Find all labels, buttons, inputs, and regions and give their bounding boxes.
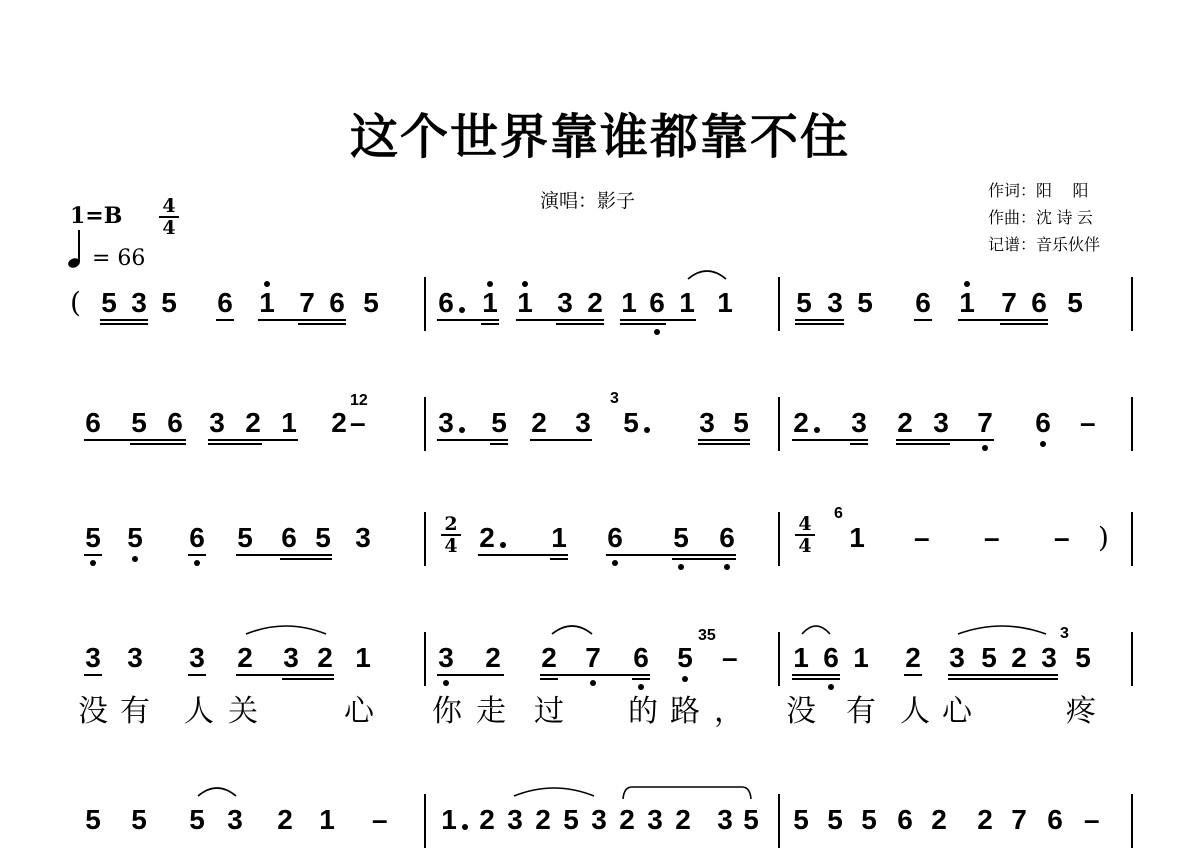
note: 3 [932, 409, 950, 437]
note: 5 [676, 644, 694, 672]
barline [424, 632, 426, 686]
low-octave-dot [90, 560, 96, 566]
note: 6 [84, 409, 102, 437]
barline [1131, 794, 1133, 848]
note: 6 [1046, 806, 1064, 834]
credits-block: 作词：阳 阳 作曲：沈 诗 云 记谱：音乐伙伴 [988, 178, 1100, 259]
underline-beam [236, 674, 334, 676]
slur-arc [552, 622, 592, 636]
underline-beam [236, 554, 332, 556]
barline [778, 512, 780, 566]
note: 5 [622, 409, 640, 437]
note: 2 [930, 806, 948, 834]
lyric-character: 有 [120, 696, 150, 728]
note: 2 [976, 806, 994, 834]
underline-beam [698, 443, 750, 445]
note: 5 [314, 524, 332, 552]
note: 3 [948, 644, 966, 672]
barline [778, 794, 780, 848]
extension-dash: – [1054, 524, 1070, 552]
underline-beam [606, 554, 736, 556]
note: 5 [84, 524, 102, 552]
underline-beam [620, 323, 666, 325]
lyric-character: 关 [228, 696, 258, 728]
time-signature-bottom: 4 [798, 535, 811, 557]
low-octave-dot [1040, 441, 1046, 447]
note: 1 [792, 644, 810, 672]
key-signature: 1=B [70, 203, 122, 229]
note: 1 [852, 644, 870, 672]
note: 3 [698, 409, 716, 437]
slur-arc [198, 784, 236, 798]
underline-beam [632, 678, 650, 680]
note: 1 [481, 289, 499, 317]
note: 6 [914, 289, 932, 317]
time-signature-top: 2 [444, 513, 457, 535]
note: 6 [648, 289, 666, 317]
note: 5 [860, 806, 878, 834]
note: 2 [316, 644, 334, 672]
note: 2 [896, 409, 914, 437]
note: 6 [166, 409, 184, 437]
underline-beam [896, 443, 950, 445]
note: 2 [330, 409, 348, 437]
underline-beam [188, 554, 206, 556]
underline-beam [672, 558, 736, 560]
underline-beam [490, 443, 508, 445]
note: 5 [795, 289, 813, 317]
note: 5 [742, 806, 760, 834]
transcriber-credit: 记谱：音乐伙伴 [988, 232, 1100, 259]
underline-beam [84, 674, 102, 676]
song-title: 这个世界靠谁都靠不住 [0, 98, 1200, 167]
note: 5 [130, 806, 148, 834]
note: 5 [84, 806, 102, 834]
low-octave-dot [678, 564, 684, 570]
note: 2 [540, 644, 558, 672]
high-octave-dot [964, 281, 970, 287]
open-parenthesis: ( [70, 289, 81, 317]
note: 1 [516, 289, 534, 317]
lyric-character: 过 [534, 696, 564, 728]
underline-beam [478, 554, 568, 556]
underline-beam [948, 678, 1058, 680]
note: 7 [298, 289, 316, 317]
augmentation-dot [500, 542, 506, 548]
note: 6 [1034, 409, 1052, 437]
extension-dash: – [984, 524, 1000, 552]
underline-beam [216, 319, 234, 321]
time-signature-change: 44 [794, 514, 816, 556]
note: 5 [490, 409, 508, 437]
note: 2 [534, 806, 552, 834]
underline-beam [530, 439, 592, 441]
underline-beam [437, 439, 508, 441]
extension-dash: – [1080, 409, 1096, 437]
note: 7 [976, 409, 994, 437]
note: 3 [574, 409, 592, 437]
note: 2 [904, 644, 922, 672]
augmentation-dot [644, 427, 650, 433]
low-octave-dot [982, 445, 988, 451]
high-octave-dot [522, 281, 528, 287]
lyric-character: 走 [476, 696, 506, 728]
note: 3 [506, 806, 524, 834]
barline [1131, 512, 1133, 566]
augmentation-dot [459, 307, 465, 313]
grace-note: 3 [1060, 626, 1069, 642]
phrase-bracket [622, 784, 752, 800]
underline-beam [914, 319, 932, 321]
note: 6 [896, 806, 914, 834]
note: 2 [244, 409, 262, 437]
underline-beam [481, 323, 499, 325]
tempo-marking: = 66 [92, 246, 145, 271]
note: 6 [1030, 289, 1048, 317]
lyric-character: 路 [670, 696, 700, 728]
note: 3 [556, 289, 574, 317]
high-octave-dot [264, 281, 270, 287]
note: 6 [718, 524, 736, 552]
augmentation-dot [459, 427, 465, 433]
lyric-character: 疼 [1066, 696, 1096, 728]
note: 6 [606, 524, 624, 552]
note: 1 [354, 644, 372, 672]
note: 2 [484, 644, 502, 672]
note: 6 [188, 524, 206, 552]
note: 1 [550, 524, 568, 552]
underline-beam [84, 554, 102, 556]
note: 5 [130, 409, 148, 437]
lyric-character: 人 [184, 696, 214, 728]
underline-beam [540, 674, 650, 676]
note: 5 [1066, 289, 1084, 317]
underline-beam [795, 319, 844, 321]
note: 6 [437, 289, 455, 317]
time-signature: 4 4 [158, 196, 180, 238]
barline [424, 277, 426, 331]
barline [424, 512, 426, 566]
note: 5 [562, 806, 580, 834]
underline-beam [540, 678, 558, 680]
note: 3 [208, 409, 226, 437]
quarter-note-icon [66, 228, 84, 270]
note: 2 [586, 289, 604, 317]
note: 5 [188, 806, 206, 834]
note: 7 [1000, 289, 1018, 317]
underline-beam [130, 443, 186, 445]
extension-dash: – [914, 524, 930, 552]
composer-credit: 作曲：沈 诗 云 [988, 205, 1100, 232]
note: 2 [478, 806, 496, 834]
lyric-character: 没 [78, 696, 108, 728]
augmentation-dot [462, 824, 468, 830]
lyric-character: 有 [846, 696, 876, 728]
underline-beam [280, 558, 332, 560]
note: 3 [126, 644, 144, 672]
underline-beam [437, 674, 504, 676]
underline-beam [958, 319, 1048, 321]
slur-arc [958, 622, 1046, 636]
low-octave-dot [654, 329, 660, 335]
underline-beam [698, 439, 750, 441]
note: 3 [826, 289, 844, 317]
underline-beam [282, 678, 334, 680]
low-octave-dot [724, 564, 730, 570]
lyric-character: 没 [786, 696, 816, 728]
slur-arc [688, 267, 726, 281]
underline-beam [550, 558, 568, 560]
low-octave-dot [194, 560, 200, 566]
note: 3 [282, 644, 300, 672]
note: 5 [672, 524, 690, 552]
grace-note: 35 [698, 628, 716, 644]
low-octave-dot [612, 560, 618, 566]
underline-beam [208, 439, 298, 441]
barline [1131, 397, 1133, 451]
low-octave-dot [132, 556, 138, 562]
note: 5 [126, 524, 144, 552]
lyric-character: 心 [344, 696, 374, 728]
grace-note: 12 [350, 393, 368, 409]
underline-beam [208, 443, 262, 445]
note: 2 [618, 806, 636, 834]
note: 5 [1074, 644, 1092, 672]
note: 1 [620, 289, 638, 317]
time-signature-top: 4 [798, 513, 811, 535]
note: 2 [1010, 644, 1028, 672]
note: 3 [84, 644, 102, 672]
extension-dash: – [722, 644, 738, 672]
note: 5 [856, 289, 874, 317]
note: 2 [236, 644, 254, 672]
underline-beam [896, 439, 994, 441]
note: 6 [822, 644, 840, 672]
note: 5 [100, 289, 118, 317]
low-octave-dot [443, 680, 449, 686]
note: 5 [160, 289, 178, 317]
underline-beam [948, 674, 1058, 676]
lyricist-credit: 作词：阳 阳 [988, 178, 1100, 205]
underline-beam [100, 323, 148, 325]
time-signature-bottom: 4 [162, 217, 175, 239]
underline-beam [904, 674, 922, 676]
low-octave-dot [828, 684, 834, 690]
note: 1 [678, 289, 696, 317]
slur-arc [802, 622, 830, 636]
note: 1 [440, 806, 458, 834]
barline [778, 277, 780, 331]
barline [778, 397, 780, 451]
barline [424, 794, 426, 848]
note: 6 [632, 644, 650, 672]
grace-note: 3 [610, 391, 619, 407]
note: 3 [646, 806, 664, 834]
high-octave-dot [487, 281, 493, 287]
note: 7 [1010, 806, 1028, 834]
note: 3 [226, 806, 244, 834]
note: 3 [716, 806, 734, 834]
note: 1 [848, 524, 866, 552]
barline [778, 632, 780, 686]
underline-beam [258, 319, 346, 321]
note: 1 [716, 289, 734, 317]
augmentation-dot [814, 427, 820, 433]
note: 5 [980, 644, 998, 672]
note: 5 [826, 806, 844, 834]
note: 3 [437, 644, 455, 672]
note: 6 [216, 289, 234, 317]
underline-beam [100, 319, 148, 321]
note: 3 [850, 409, 868, 437]
note: 3 [590, 806, 608, 834]
note: 1 [258, 289, 276, 317]
note: 6 [328, 289, 346, 317]
note: 1 [318, 806, 336, 834]
underline-beam [516, 319, 604, 321]
note: 5 [792, 806, 810, 834]
note: 2 [478, 524, 496, 552]
extension-dash: – [372, 806, 388, 834]
underline-beam [792, 674, 840, 676]
underline-beam [792, 678, 840, 680]
note: 3 [1040, 644, 1058, 672]
barline [1131, 277, 1133, 331]
grace-note: 6 [834, 506, 843, 522]
barline [424, 397, 426, 451]
score-sheet: 这个世界靠谁都靠不住 演唱：影子 作词：阳 阳 作曲：沈 诗 云 记谱：音乐伙伴… [0, 0, 1200, 850]
note: 5 [362, 289, 380, 317]
extension-dash: – [350, 409, 366, 437]
underline-beam [792, 439, 868, 441]
low-octave-dot [638, 684, 644, 690]
lyric-character: ， [714, 696, 744, 728]
underline-beam [437, 319, 499, 321]
underline-beam [188, 674, 206, 676]
note: 1 [280, 409, 298, 437]
slur-arc [514, 784, 594, 798]
note: 1 [958, 289, 976, 317]
lyric-character: 心 [942, 696, 972, 728]
barline [1131, 632, 1133, 686]
note: 3 [188, 644, 206, 672]
underline-beam [850, 443, 868, 445]
slur-arc [246, 622, 326, 636]
note: 2 [530, 409, 548, 437]
time-signature-change: 24 [440, 514, 462, 556]
time-signature-top: 4 [162, 195, 175, 217]
time-signature-bottom: 4 [444, 535, 457, 557]
note: 2 [792, 409, 810, 437]
low-octave-dot [590, 680, 596, 686]
note: 3 [354, 524, 372, 552]
note: 2 [276, 806, 294, 834]
lyric-character: 人 [900, 696, 930, 728]
note: 6 [280, 524, 298, 552]
singer-credit: 演唱：影子 [540, 186, 635, 213]
lyric-character: 的 [628, 696, 658, 728]
lyric-character: 你 [432, 696, 462, 728]
extension-dash: – [1084, 806, 1100, 834]
underline-beam [298, 323, 346, 325]
low-octave-dot [682, 676, 688, 682]
underline-beam [620, 319, 696, 321]
underline-beam [556, 323, 604, 325]
note: 2 [674, 806, 692, 834]
note: 5 [236, 524, 254, 552]
note: 7 [584, 644, 602, 672]
underline-beam [1000, 323, 1048, 325]
note: 5 [732, 409, 750, 437]
underline-beam [84, 439, 186, 441]
note: 3 [437, 409, 455, 437]
close-parenthesis: ) [1098, 524, 1109, 552]
underline-beam [795, 323, 844, 325]
note: 3 [130, 289, 148, 317]
